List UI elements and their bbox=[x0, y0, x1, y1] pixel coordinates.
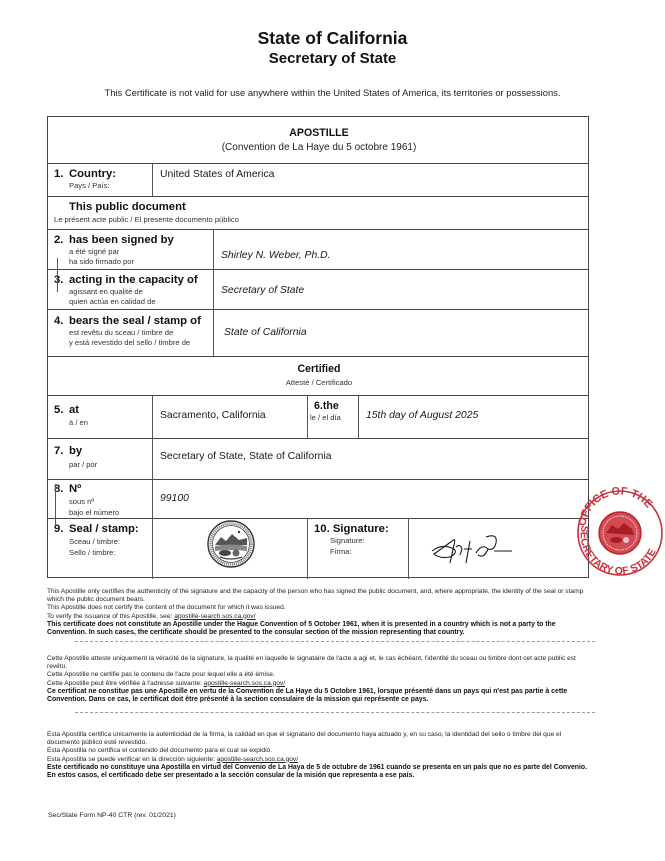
note-bold-text: Ce certificat ne constitue pas une Apost… bbox=[47, 688, 592, 704]
divider bbox=[48, 479, 588, 480]
capacity-label: acting in the capacity of bbox=[69, 274, 198, 286]
issuer-value: Secretary of State, State of California bbox=[160, 451, 332, 462]
number-sublabel-es: bajo el número bbox=[69, 508, 119, 518]
row-number: 3. bbox=[54, 274, 63, 286]
note-text: Esta Apostilla no certifica el contenido… bbox=[47, 747, 592, 755]
verify-link[interactable]: apostille-search.sos.ca.gov/ bbox=[174, 613, 255, 620]
country-sublabel: Pays / País: bbox=[69, 181, 110, 191]
certified-label: Certified bbox=[48, 363, 590, 375]
apostille-subheading: (Convention de La Haye du 5 octobre 1961… bbox=[48, 142, 590, 153]
date-label: the bbox=[323, 400, 339, 412]
margin-bracket bbox=[55, 484, 56, 526]
country-label: Country: bbox=[69, 168, 116, 180]
separator bbox=[75, 641, 595, 642]
note-text: Esta Apostilla certifica únicamente la a… bbox=[47, 731, 592, 747]
row-number: 7. bbox=[54, 445, 63, 457]
number-sublabel-fr: sous nº bbox=[69, 497, 94, 507]
seal-of-sublabel-fr: est revêtu du sceau / timbre de bbox=[69, 328, 173, 338]
divider bbox=[48, 269, 588, 270]
verify-link[interactable]: apostille-search.sos.ca.gov/ bbox=[204, 680, 285, 687]
public-document-label: This public document bbox=[69, 201, 186, 213]
divider bbox=[48, 518, 588, 519]
notes-french: Cette Apostille atteste uniquement la vé… bbox=[47, 655, 592, 704]
at-sublabel: à / en bbox=[69, 418, 88, 428]
separator bbox=[75, 712, 595, 713]
seal-of-label: bears the seal / stamp of bbox=[69, 315, 201, 327]
verify-line: Cette Apostille peut être vérifiée à l'a… bbox=[47, 680, 592, 688]
divider bbox=[358, 395, 359, 438]
divider bbox=[48, 438, 588, 439]
capacity-value: Secretary of State bbox=[221, 285, 304, 296]
divider bbox=[152, 395, 153, 579]
note-text: Cette Apostille peut être vérifiée à l'a… bbox=[47, 680, 204, 687]
divider bbox=[213, 229, 214, 356]
note-text: To verify the issuance of this Apostille… bbox=[47, 613, 174, 620]
divider bbox=[48, 229, 588, 230]
divider bbox=[408, 518, 409, 579]
row-number: 1. bbox=[54, 168, 63, 180]
notes-english: This Apostille only certifies the authen… bbox=[47, 588, 592, 637]
verify-link[interactable]: apostille-search.sos.ca.gov/ bbox=[217, 756, 298, 763]
note-text: This Apostille does not certify the cont… bbox=[47, 604, 592, 612]
divider bbox=[48, 309, 588, 310]
capacity-sublabel-fr: agissant en qualité de bbox=[69, 287, 143, 297]
form-id: Sec/State Form NP-40 CTR (rev. 01/2021) bbox=[48, 812, 176, 819]
seal-stamp-sublabel-es: Sello / timbre: bbox=[69, 548, 115, 558]
california-state-seal-icon bbox=[206, 519, 256, 569]
by-label: by bbox=[69, 445, 82, 457]
note-text: Cette Apostille atteste uniquement la vé… bbox=[47, 655, 592, 671]
signed-by-label: has been signed by bbox=[69, 234, 174, 246]
notes-spanish: Esta Apostilla certifica únicamente la a… bbox=[47, 731, 592, 780]
validity-notice: This Certificate is not valid for use an… bbox=[0, 87, 665, 98]
signature-sublabel-fr: Signature: bbox=[330, 536, 365, 546]
date-number-label: 6.the bbox=[314, 400, 339, 412]
divider bbox=[48, 356, 588, 357]
secretary-of-state-stamp-icon: OFFICE OF THE SECRETARY OF STATE bbox=[572, 483, 664, 583]
signed-by-sublabel-es: ha sido firmado por bbox=[69, 257, 134, 267]
divider bbox=[307, 518, 308, 579]
seal-stamp-sublabel-fr: Sceau / timbre: bbox=[69, 537, 120, 547]
divider bbox=[48, 163, 588, 164]
divider bbox=[48, 395, 588, 396]
country-value: United States of America bbox=[160, 169, 274, 180]
note-text: Esta Apostilla se puede verificar en la … bbox=[47, 756, 217, 763]
signature-sublabel-es: Firma: bbox=[330, 547, 352, 557]
divider bbox=[48, 196, 588, 197]
note-text: This Apostille only certifies the authen… bbox=[47, 588, 592, 604]
signer-name-value: Shirley N. Weber, Ph.D. bbox=[221, 250, 331, 261]
verify-line: Esta Apostilla se puede verificar en la … bbox=[47, 756, 592, 764]
seal-of-sublabel-es: y está revestido del sello / timbre de bbox=[69, 338, 190, 348]
seal-stamp-label: Seal / stamp: bbox=[69, 523, 139, 535]
divider bbox=[307, 395, 308, 438]
place-value: Sacramento, California bbox=[160, 410, 266, 421]
row-number: 2. bbox=[54, 234, 63, 246]
seal-of-value: State of California bbox=[224, 327, 307, 338]
margin-bracket bbox=[57, 258, 58, 292]
signature-number-label: 10. Signature: bbox=[314, 523, 389, 535]
signed-by-sublabel-fr: a été signé par bbox=[69, 247, 119, 257]
capacity-sublabel-es: quien actúa en calidad de bbox=[69, 297, 156, 307]
note-bold-text: This certificate does not constitute an … bbox=[47, 621, 592, 637]
at-label: at bbox=[69, 404, 79, 416]
handwritten-signature-icon bbox=[428, 529, 523, 569]
by-sublabel: par / por bbox=[69, 460, 97, 470]
apostille-number-value: 99100 bbox=[160, 493, 189, 504]
certified-sublabel: Attesté / Certificado bbox=[48, 378, 590, 388]
note-bold-text: Este certificado no constituye una Apost… bbox=[47, 764, 592, 780]
note-text: Cette Apostille ne certifie pas le conte… bbox=[47, 671, 592, 679]
date-value: 15th day of August 2025 bbox=[366, 410, 478, 421]
apostille-table: APOSTILLE (Convention de La Haye du 5 oc… bbox=[47, 116, 589, 578]
row-number: 4. bbox=[54, 315, 63, 327]
signature-label: Signature: bbox=[333, 523, 389, 535]
row-number: 10. bbox=[314, 523, 330, 535]
divider bbox=[152, 163, 153, 196]
row-number: 5. bbox=[54, 404, 63, 416]
public-document-sublabel: Le présent acte public / El presente doc… bbox=[54, 215, 239, 225]
date-sublabel: le / el día bbox=[310, 413, 341, 423]
apostille-heading: APOSTILLE bbox=[48, 127, 590, 139]
document-subtitle: Secretary of State bbox=[0, 50, 665, 67]
verify-line: To verify the issuance of this Apostille… bbox=[47, 613, 592, 621]
number-label: Nº bbox=[69, 483, 81, 495]
document-title: State of California bbox=[0, 28, 665, 49]
row-number: 6. bbox=[314, 400, 323, 412]
